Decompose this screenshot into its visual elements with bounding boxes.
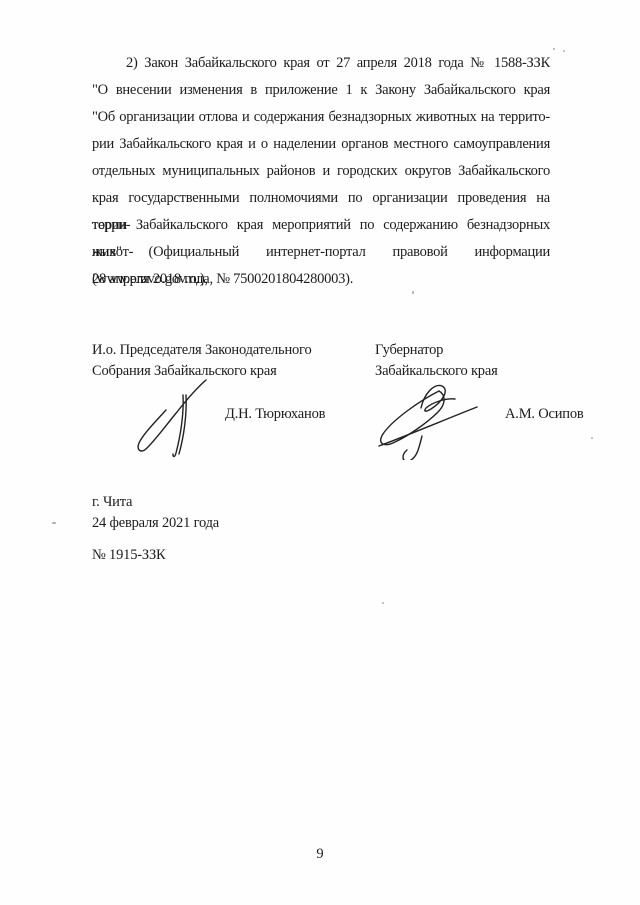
paragraph-line: края государственными полномочиями по ор… xyxy=(92,185,550,212)
signer-name-left: Д.Н. Тюрюханов xyxy=(225,404,325,425)
signatory-title-left-line2: Собрания Забайкальского края xyxy=(92,361,352,382)
scan-artifact xyxy=(536,222,538,224)
scan-artifact xyxy=(382,602,384,604)
paragraph-line: рии Забайкальского края и о наделении ор… xyxy=(92,131,550,158)
paragraph-line: "О внесении изменения в приложение 1 к З… xyxy=(92,77,550,104)
scan-artifact xyxy=(591,437,593,439)
paragraph-line: тории Забайкальского края мероприятий по… xyxy=(92,212,550,239)
signatory-title-right-line1: Губернатор xyxy=(375,340,575,361)
scan-artifact xyxy=(52,522,56,524)
paragraph-line: "Об организации отлова и содержания безн… xyxy=(92,104,550,131)
signatory-title-left-line1: И.о. Председателя Законодательного xyxy=(92,340,352,361)
paragraph-line: отдельных муниципальных районов и городс… xyxy=(92,158,550,185)
scan-artifact xyxy=(563,50,565,52)
scan-artifact xyxy=(553,48,555,50)
issuance-city: г. Чита xyxy=(92,492,219,513)
issuance-date: 24 февраля 2021 года xyxy=(92,513,219,534)
document-number: № 1915-ЗЗК xyxy=(92,545,166,566)
paragraph-line: ных" (Официальный интернет-портал правов… xyxy=(92,239,550,266)
issuance-block: г. Чита 24 февраля 2021 года xyxy=(92,492,219,534)
scan-artifact xyxy=(412,291,414,294)
signer-name-right: А.М. Осипов xyxy=(505,404,584,425)
scanned-law-page: 2) Закон Забайкальского края от 27 апрел… xyxy=(0,0,640,905)
tyuryukhanov-signature-icon xyxy=(133,374,213,459)
osipov-signature-icon xyxy=(376,378,481,460)
paragraph-line: 2) Закон Забайкальского края от 27 апрел… xyxy=(92,50,550,77)
amendment-law-paragraph: 2) Закон Забайкальского края от 27 апрел… xyxy=(92,50,550,293)
paragraph-line: 28 апреля 2018 года, № 7500201804280003)… xyxy=(92,266,550,293)
signatory-title-right: Губернатор Забайкальского края xyxy=(375,340,575,382)
signatory-title-left: И.о. Председателя Законодательного Собра… xyxy=(92,340,352,382)
page-number: 9 xyxy=(0,844,640,864)
